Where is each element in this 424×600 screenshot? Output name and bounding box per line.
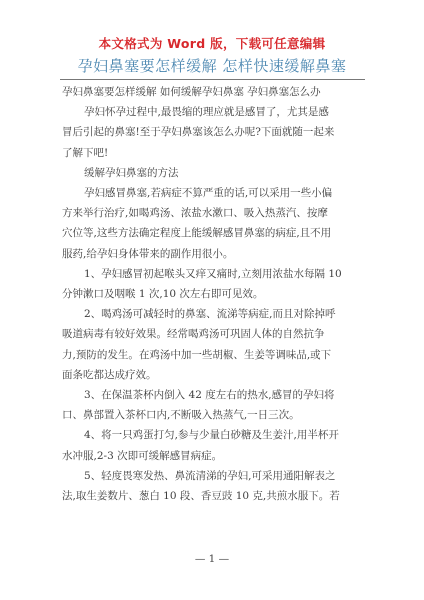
text-line: 3、在保温茶杯内倒入 42 度左右的热水,感冒的孕妇将 xyxy=(62,385,316,405)
text-line: 服药,给孕妇身体带来的副作用很小。 xyxy=(62,244,316,264)
text-line: 面条吃都达成疗效。 xyxy=(62,365,316,385)
document-title: 孕妇鼻塞要怎样缓解 怎样快速缓解鼻塞 xyxy=(0,55,424,76)
text-line: 5、轻度畏寒发热、鼻流清涕的孕妇,可采用通阳解表之 xyxy=(62,466,316,486)
text-line: 吸道病毒有较好效果。经常喝鸡汤可巩固人体的自然抗争 xyxy=(62,324,316,344)
text-line: 2、喝鸡汤可减轻时的鼻塞、流涕等病症,而且对除掉呼 xyxy=(62,304,316,324)
text-line: 孕妇鼻塞要怎样缓解 如何缓解孕妇鼻塞 孕妇鼻塞怎么办 xyxy=(62,82,316,102)
text-line: 孕妇怀孕过程中,最畏缩的理应就是感冒了，尤其是感 xyxy=(62,102,316,122)
text-line: 法,取生姜数片、葱白 10 段、香豆豉 10 克,共煎水服下。若 xyxy=(62,486,316,506)
text-line: 力,预防的发生。在鸡汤中加一些胡椒、生姜等调味品,或下 xyxy=(62,345,316,365)
title-divider xyxy=(60,79,365,80)
text-line: 4、将一只鸡蛋打匀,参与少量白砂糖及生姜汁,用半杯开 xyxy=(62,425,316,445)
text-line: 穴位等,这些方法确定程度上能缓解感冒鼻塞的病症,且不用 xyxy=(62,223,316,243)
text-line: 冒后引起的鼻塞!至于孕妇鼻塞该怎么办呢?下面就随一起来 xyxy=(62,122,316,142)
text-line: 方来举行治疗,如喝鸡汤、浓盐水漱口、吸入热蒸汽、按摩 xyxy=(62,203,316,223)
document-body: 孕妇鼻塞要怎样缓解 如何缓解孕妇鼻塞 孕妇鼻塞怎么办孕妇怀孕过程中,最畏缩的理应… xyxy=(62,82,316,506)
page-number: — 1 — xyxy=(0,553,424,565)
text-line: 水冲服,2-3 次即可缓解感冒病症。 xyxy=(62,446,316,466)
text-line: 缓解孕妇鼻塞的方法 xyxy=(62,163,316,183)
text-line: 孕妇感冒鼻塞,若病症不算严重的话,可以采用一些小偏 xyxy=(62,183,316,203)
text-line: 了解下吧! xyxy=(62,143,316,163)
text-line: 分钟漱口及咽喉 1 次,10 次左右即可见效。 xyxy=(62,284,316,304)
text-line: 口、鼻部置入茶杯口内,不断吸入热蒸气,一日三次。 xyxy=(62,405,316,425)
word-format-notice: 本文格式为 Word 版，下载可任意编辑 xyxy=(0,34,424,52)
text-line: 1、孕妇感冒初起喉头又痒又痛时,立刻用浓盐水每隔 10 xyxy=(62,264,316,284)
